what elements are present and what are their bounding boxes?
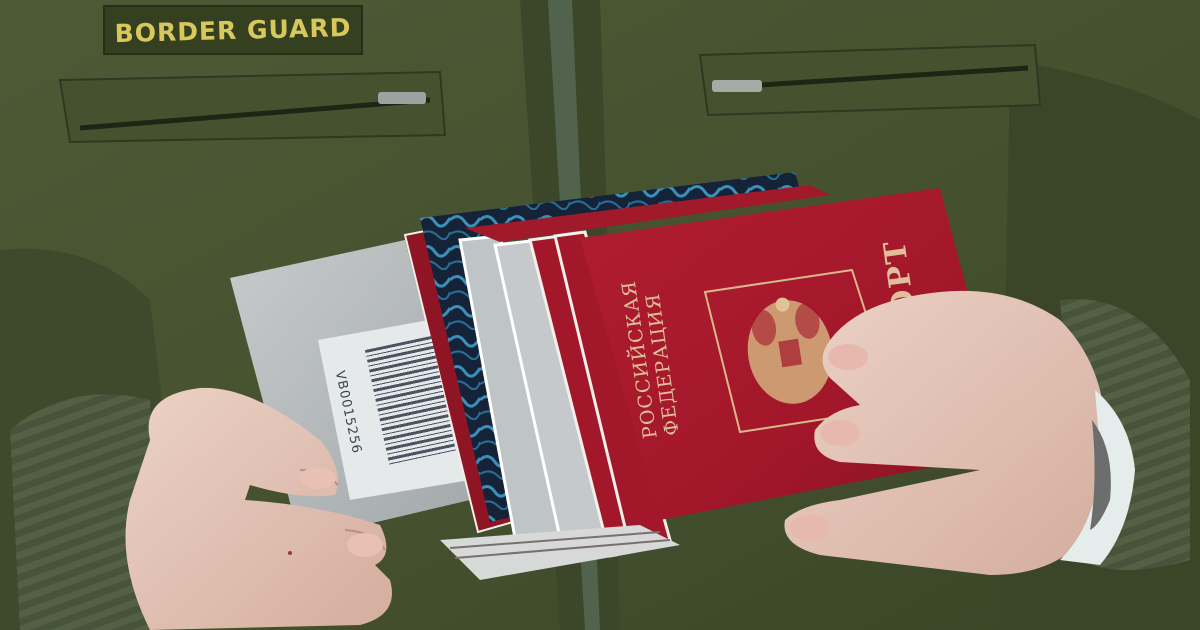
photo-scene: BORDER GUARD xyxy=(0,0,1200,630)
hands xyxy=(0,0,1200,630)
left-hand xyxy=(126,388,393,630)
right-hand xyxy=(784,291,1135,575)
